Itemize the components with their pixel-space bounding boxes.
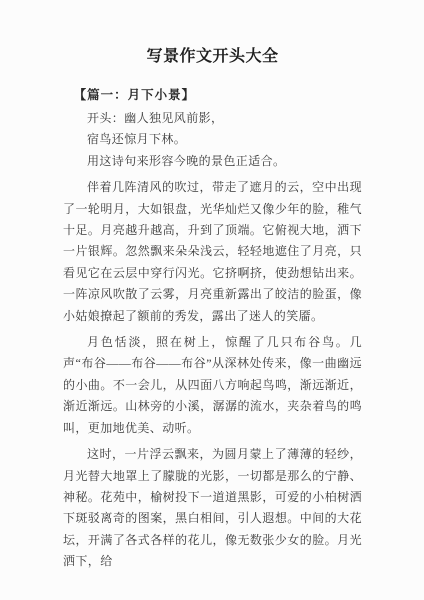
section-header: 【篇一：月下小景】 (63, 85, 362, 106)
opening-intro-line: 用这诗句来形容今晚的景色正适合。 (63, 151, 362, 172)
body-paragraph: 伴着几阵清风的吹过，带走了遮月的云，空中出现了一轮明月，大如银盘，光华灿烂又像少… (63, 177, 362, 327)
opening-verse-line-2: 宿鸟还惊月下林。 (63, 129, 362, 150)
document-page: 写景作文开头大全 【篇一：月下小景】 开头：幽人独见风前影， 宿鸟还惊月下林。 … (0, 0, 424, 600)
document-title: 写景作文开头大全 (63, 46, 362, 68)
opening-verse-line-1: 开头：幽人独见风前影， (63, 108, 362, 129)
body-paragraph: 月色恬淡，照在树上，惊醒了几只布谷鸟。几声“布谷——布谷——布谷”从深林处传来，… (63, 332, 362, 439)
body-paragraph: 这时，一片浮云飘来，为圆月蒙上了薄薄的轻纱，月光替大地罩上了朦胧的光影，一切都是… (63, 444, 362, 572)
